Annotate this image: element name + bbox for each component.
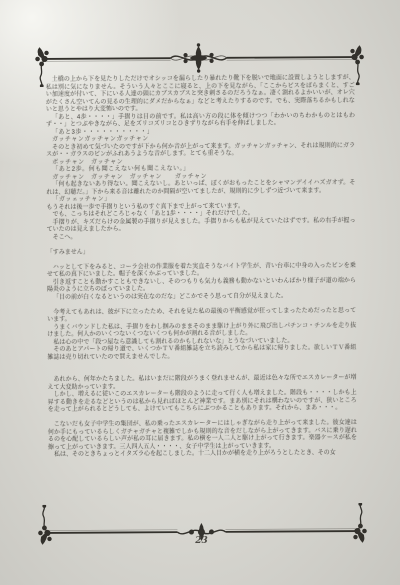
text-block: 土橋の上から下を見たりしただけでオシッコを漏らしたり暴れたり靴下を脱いで地面に設… [46,75,357,459]
paragraph-line: こないだも女子中学生の集団が、私の乗ったエスカレーターにはしゃぎながら走り上がっ… [48,420,357,452]
paragraph-line: 「何も起きないあり得ない。聞こえないし。あといっぱ、ぼくがおもったことをシャマン… [46,180,355,197]
scan-content: 土橋の上から下を見たりしただけでオシッコを漏らしたり暴れたり靴下を脱いで地面に設… [0,0,400,585]
center-flourish-icon [170,44,226,73]
scanned-page: 土橋の上から下を見たりしただけでオシッコを漏らしたり暴れたり靴下を脱いで地面に設… [0,0,400,585]
paragraph-line: 土橋の上から下を見たりしただけでオシッコを漏らしたり暴れたり靴下を脱いで地面に設… [46,75,355,114]
paragraph-line: しかし、増えるに従いこのエスカレーターも階段のように走って行く人も増えました。階… [48,390,357,414]
paragraph-line: 私は、そのときちょっとイタズラ心を起こしました。十二人目かが横を走り上がろうとし… [48,450,357,459]
